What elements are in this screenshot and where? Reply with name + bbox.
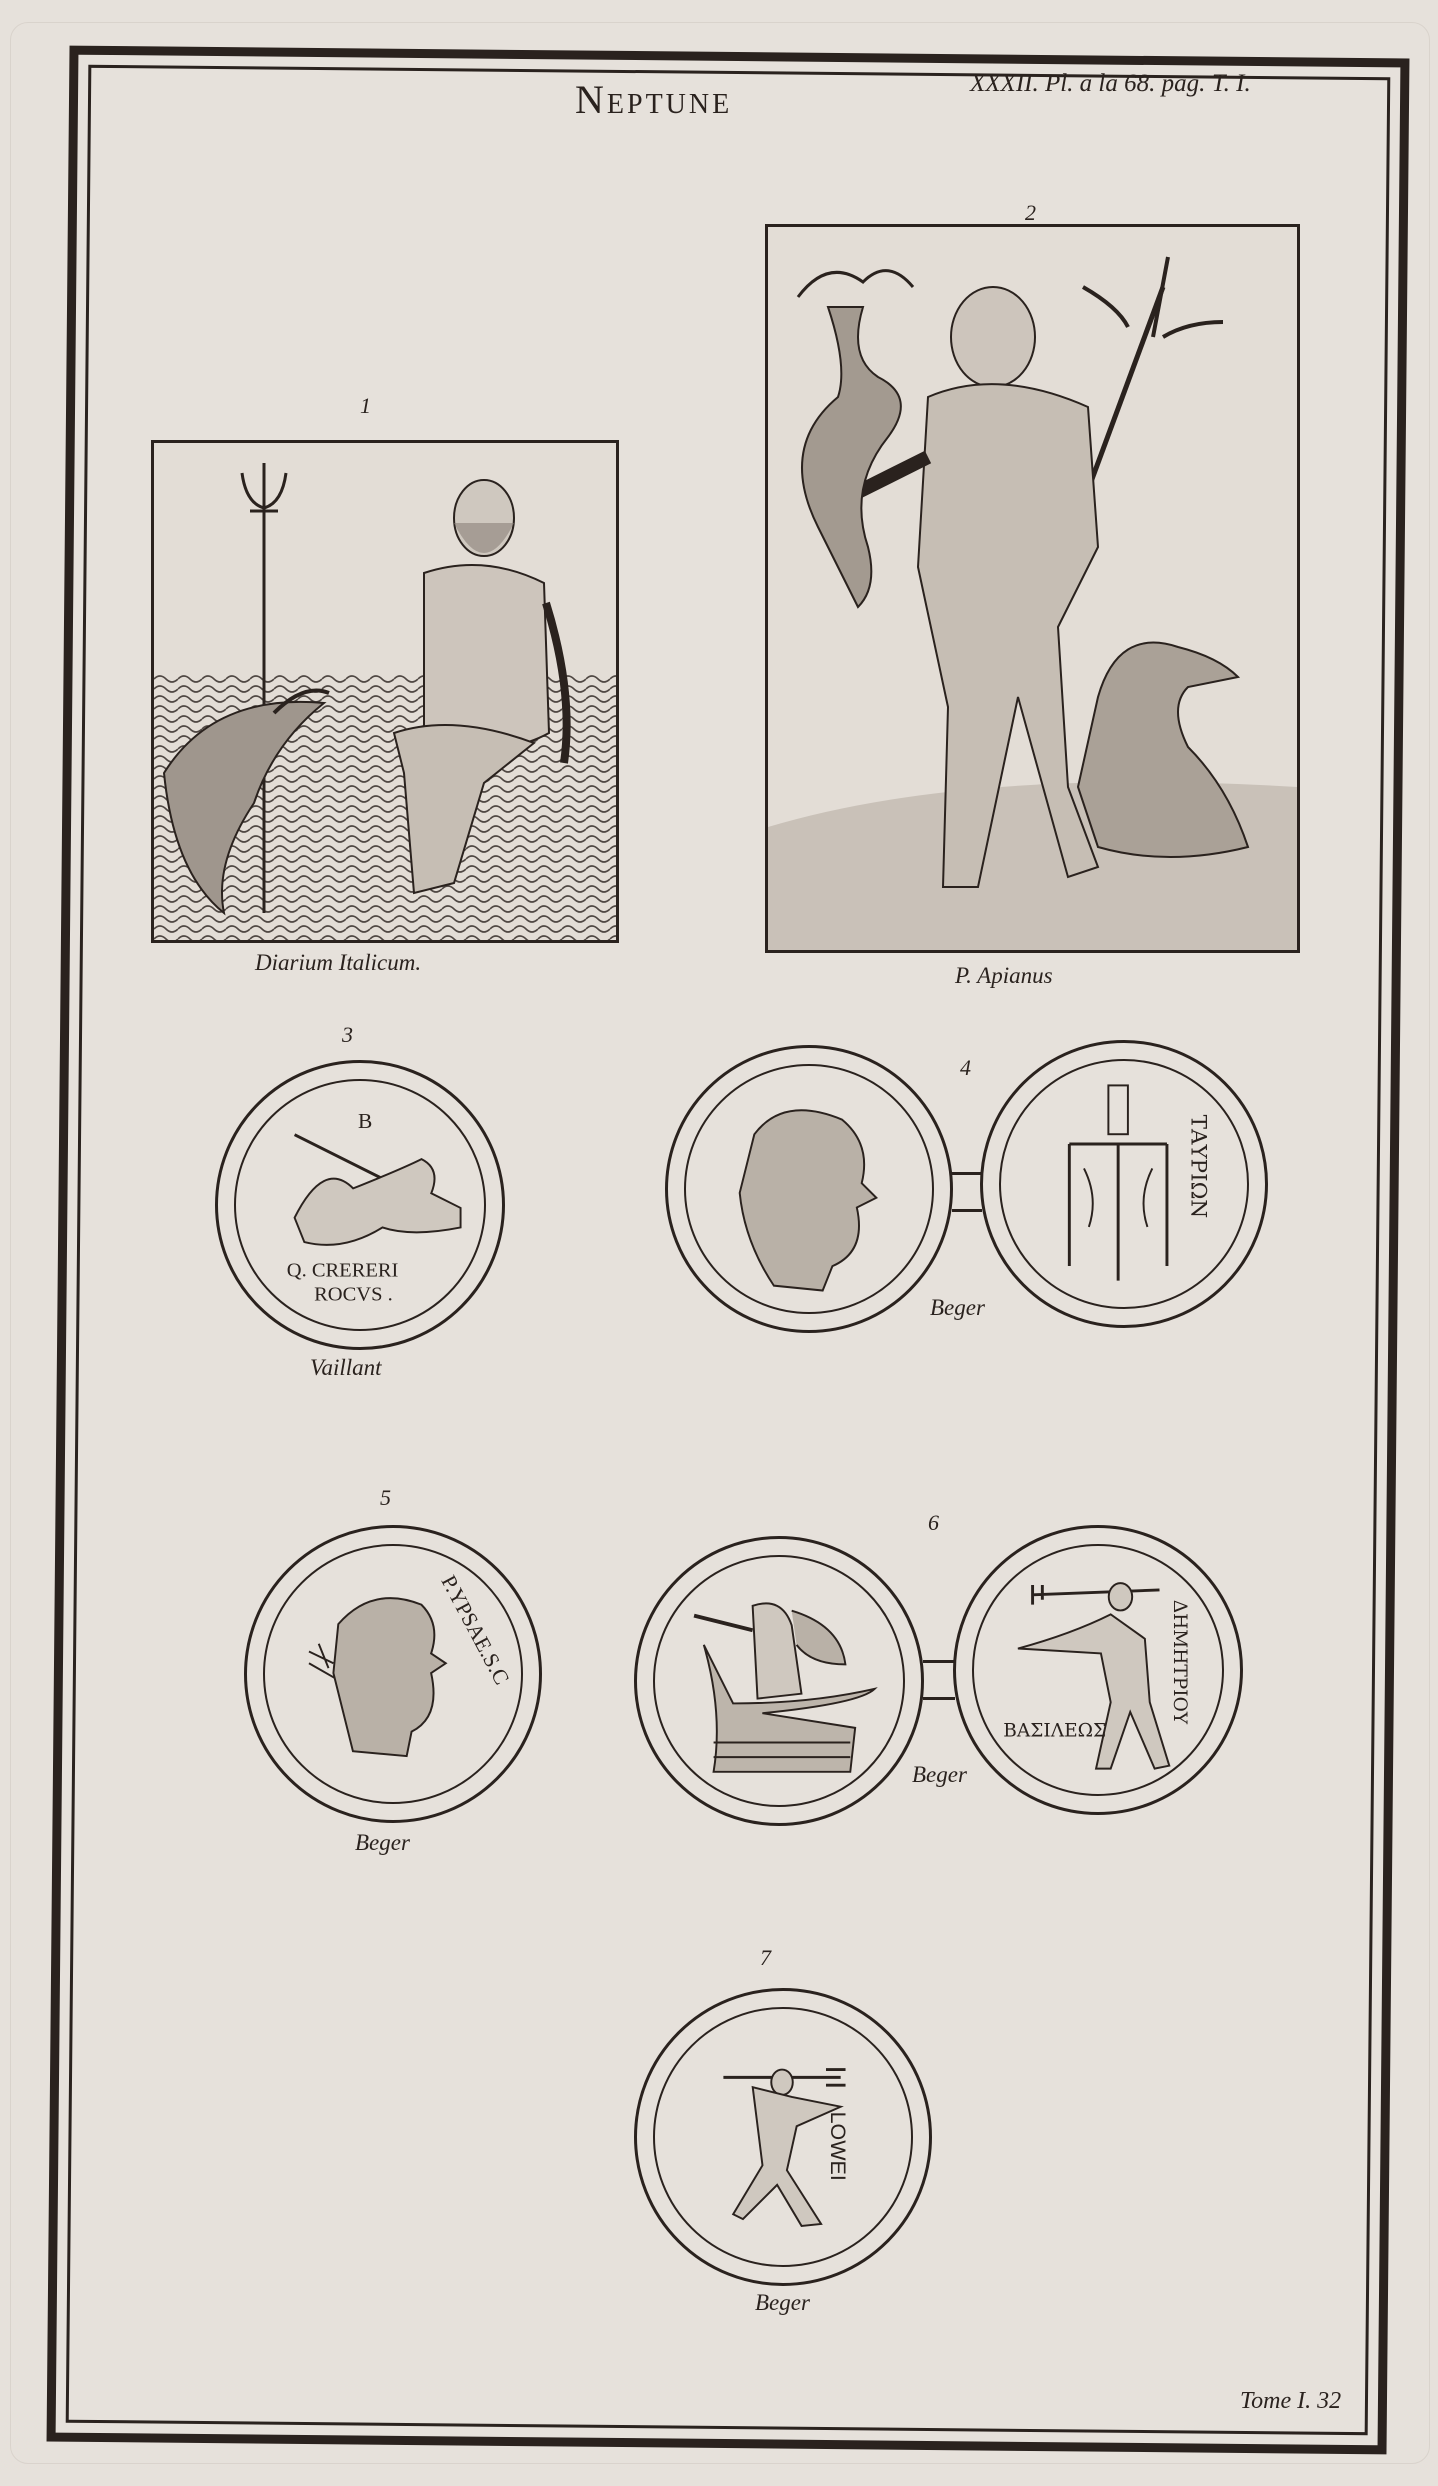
- figure-3-caption: Vaillant: [310, 1355, 382, 1381]
- svg-text:LOWEI: LOWEI: [826, 2112, 850, 2181]
- standing-neptune-illustration: [768, 227, 1297, 950]
- coin-3-face: B Q. CRERERI ROCVS .: [234, 1079, 486, 1331]
- page-title: Neptune: [575, 76, 732, 123]
- figure-5-number: 5: [380, 1485, 391, 1511]
- svg-text:ROCVS .: ROCVS .: [314, 1284, 393, 1306]
- svg-text:B: B: [358, 1109, 372, 1133]
- victory-on-prow-icon: [655, 1554, 903, 1808]
- coin-6-reverse-face: ΔΗΜΗΤΡΙΟΥ ΒΑΣΙΛΕΩΣ: [972, 1544, 1224, 1796]
- coin-4-obverse-face: [684, 1064, 934, 1314]
- figure-5-coin: P.YPSAE.S.C: [244, 1525, 542, 1823]
- svg-text:ΔΗΜΗΤΡΙΟΥ: ΔΗΜΗΤΡΙΟΥ: [1169, 1600, 1190, 1725]
- svg-text:ΒΑΣΙΛΕΩΣ: ΒΑΣΙΛΕΩΣ: [1003, 1720, 1106, 1741]
- coin-4-connector: [952, 1172, 982, 1212]
- coin-6-connector: [923, 1660, 955, 1700]
- figure-4-number: 4: [960, 1055, 971, 1081]
- bearded-head-icon: [686, 1063, 932, 1315]
- figure-3-coin: B Q. CRERERI ROCVS .: [215, 1060, 505, 1350]
- figure-1-number: 1: [360, 393, 371, 419]
- striding-neptune-trident-icon: LOWEI: [655, 2006, 911, 2268]
- plate-reference: XXXII. Pl. a la 68. pag. T. I.: [970, 70, 1251, 98]
- volume-page-number: Tome I. 32: [1240, 2388, 1341, 2415]
- figure-4-caption: Beger: [930, 1295, 985, 1321]
- figure-6-obverse: [634, 1536, 924, 1826]
- figure-7-number: 7: [760, 1945, 771, 1971]
- coin-5-face: P.YPSAE.S.C: [263, 1544, 523, 1804]
- hippocamp-rider-icon: B Q. CRERERI ROCVS .: [236, 1078, 484, 1332]
- seated-neptune-illustration: [154, 443, 616, 940]
- figure-6-caption: Beger: [912, 1762, 967, 1788]
- figure-1-caption: Diarium Italicum.: [255, 950, 421, 976]
- svg-text:Q. CRERERI: Q. CRERERI: [287, 1259, 399, 1281]
- coin-6-obverse-face: [653, 1555, 905, 1807]
- figure-2-caption: P. Apianus: [955, 963, 1053, 989]
- neptune-head-trident-icon: P.YPSAE.S.C: [265, 1543, 521, 1805]
- svg-text:P.YPSAE.S.C: P.YPSAE.S.C: [436, 1571, 514, 1688]
- figure-3-number: 3: [342, 1022, 353, 1048]
- svg-text:ΤΑΥΡΙΩΝ: ΤΑΥΡΙΩΝ: [1185, 1115, 1210, 1219]
- figure-4-reverse: ΤΑΥΡΙΩΝ: [980, 1040, 1268, 1328]
- coin-7-face: LOWEI: [653, 2007, 913, 2267]
- figure-1-engraving: [151, 440, 619, 943]
- figure-7-caption: Beger: [755, 2290, 810, 2316]
- figure-5-caption: Beger: [355, 1830, 410, 1856]
- trident-dolphins-icon: ΤΑΥΡΙΩΝ: [1001, 1058, 1247, 1310]
- striding-neptune-icon: ΔΗΜΗΤΡΙΟΥ ΒΑΣΙΛΕΩΣ: [974, 1543, 1222, 1797]
- figure-6-number: 6: [928, 1510, 939, 1536]
- figure-2-engraving: [765, 224, 1300, 953]
- figure-2-number: 2: [1025, 200, 1036, 226]
- figure-7-coin: LOWEI: [634, 1988, 932, 2286]
- figure-4-obverse: [665, 1045, 953, 1333]
- coin-4-reverse-face: ΤΑΥΡΙΩΝ: [999, 1059, 1249, 1309]
- figure-6-reverse: ΔΗΜΗΤΡΙΟΥ ΒΑΣΙΛΕΩΣ: [953, 1525, 1243, 1815]
